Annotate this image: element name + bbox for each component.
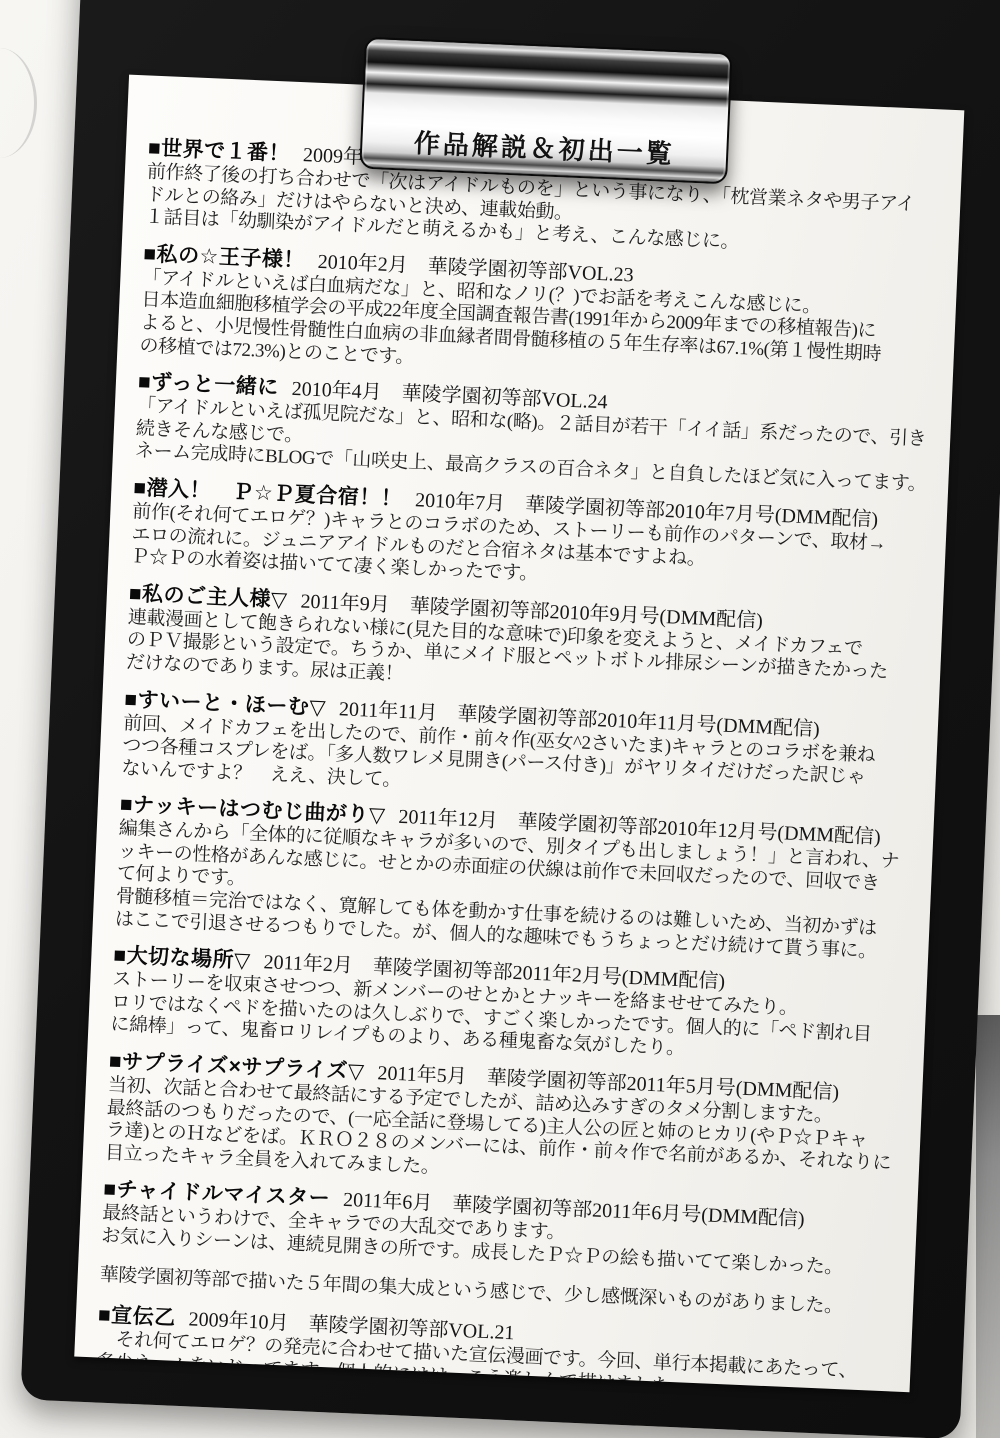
section-block: ■ずっと一緒に2010年4月 華陵学園初等部VOL.24「アイドルといえば孤児院… <box>134 369 901 495</box>
section-block: ■潜入！ Ｐ☆Ｐ夏合宿！！2010年7月 華陵学園初等部2010年7月号(DMM… <box>130 475 897 601</box>
section-block: ■大切な場所▽2011年2月 華陵学園初等部2011年2月号(DMM配信)ストー… <box>110 943 877 1069</box>
section-title: ■ずっと一緒に <box>137 370 279 399</box>
section-block: ■ナッキーはつむじ曲がり▽2011年12月 華陵学園初等部2010年12月号(D… <box>114 792 883 964</box>
section-block: ■私のご主人様▽2011年9月 華陵学園初等部2010年9月号(DMM配信)連載… <box>125 581 892 707</box>
page-title: 作品解説＆初出一覧 <box>362 121 727 174</box>
section-block: ■私の☆王子様！2010年2月 華陵学園初等部VOL.23「アイドルといえば白血… <box>139 241 907 390</box>
page-edge-shadow <box>976 1015 1000 1438</box>
page-background: ■世界で１番！2009年12月 華陵学園初等部VOL.22前作終了後の打ち合わせ… <box>0 0 1000 1438</box>
clipboard-board: ■世界で１番！2009年12月 華陵学園初等部VOL.22前作終了後の打ち合わせ… <box>20 0 1000 1438</box>
paper-sheet: ■世界で１番！2009年12月 華陵学園初等部VOL.22前作終了後の打ち合わせ… <box>74 75 964 1393</box>
section-title: ■宣伝乙 <box>98 1304 177 1330</box>
section-block: ■すいーと・ほーむ▽2011年11月 華陵学園初等部2010年11月号(DMM配… <box>121 687 888 813</box>
section-block: ■宣伝乙2009年10月 華陵学園初等部VOL.21 それ何てエロゲ？の発売に合… <box>96 1303 862 1393</box>
scan-artifact <box>0 48 37 158</box>
section-title: ■大切な場所▽ <box>113 944 251 973</box>
commentary-list: ■世界で１番！2009年12月 華陵学園初等部VOL.22前作終了後の打ち合わせ… <box>95 136 912 1393</box>
section-title: ■世界で１番！ <box>147 137 290 166</box>
section-block: ■サプライズ×サプライズ▽2011年5月 華陵学園初等部2011年5月号(DMM… <box>104 1049 872 1198</box>
clipboard-clip: 作品解説＆初出一覧 <box>359 37 732 185</box>
